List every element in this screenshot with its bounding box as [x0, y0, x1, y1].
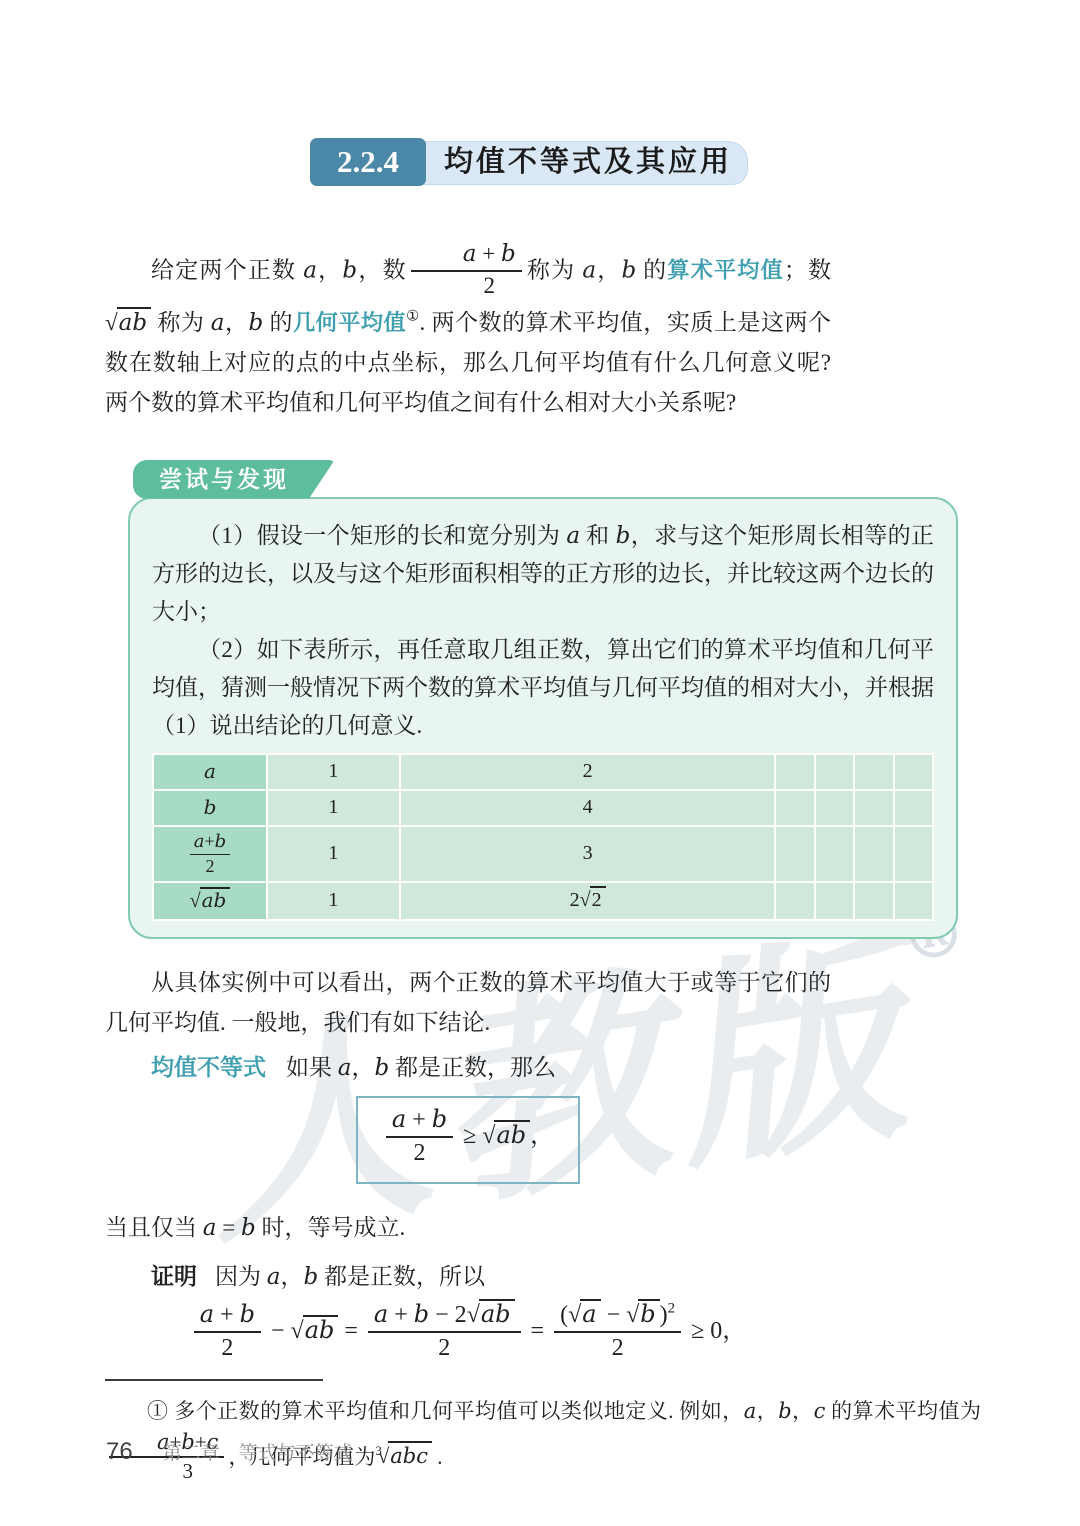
row-label: a+b2: [154, 827, 266, 881]
table-cell: [855, 883, 892, 919]
page-content: 2.2.4 均值不等式及其应用 给定两个正数 a，b，数a + b2称为 a，b…: [0, 0, 1080, 1486]
try-discover-item-1: （1）假设一个矩形的长和宽分别为 a 和 b，求与这个矩形周长相等的正方形的边长…: [152, 517, 934, 631]
table-cell: [895, 883, 932, 919]
values-table: a 1 2 b 1 4: [152, 753, 934, 921]
table-cell: 1: [268, 755, 399, 789]
row-label: a: [154, 755, 266, 789]
proof-line: 证明因为 a，b 都是正数，所以: [105, 1256, 831, 1297]
table-cell: [776, 791, 813, 825]
page-footer: 76 第二章 等式与不等式: [106, 1438, 353, 1466]
section-title: 均值不等式及其应用: [444, 142, 732, 182]
textbook-page: 人教版® 2.2.4 均值不等式及其应用 给定两个正数 a，b，数a + b2称…: [0, 0, 1080, 1526]
try-discover-section: 尝试与发现 （1）假设一个矩形的长和宽分别为 a 和 b，求与这个矩形周长相等的…: [128, 497, 958, 939]
table-cell: [816, 883, 853, 919]
table-cell: [816, 791, 853, 825]
proof-formula-row: a + b2 − √ab = a + b − 2√ab2 = (√a − √b)…: [105, 1301, 831, 1365]
table-cell: 2: [401, 755, 775, 789]
table-cell: [855, 755, 892, 789]
theorem-formula-row: a + b2 ≥ √ab，: [105, 1096, 831, 1184]
table-cell: [895, 827, 932, 881]
table-row-a: a 1 2: [154, 755, 932, 789]
table-cell: [855, 791, 892, 825]
proof-label: 证明: [151, 1263, 197, 1289]
try-discover-box: （1）假设一个矩形的长和宽分别为 a 和 b，求与这个矩形周长相等的正方形的边长…: [128, 497, 958, 939]
chapter-title: 第二章 等式与不等式: [163, 1438, 353, 1465]
table-cell: 1: [268, 791, 399, 825]
table-row-b: b 1 4: [154, 791, 932, 825]
table-cell: [816, 755, 853, 789]
table-row-geom-mean: √ab 1 2√2: [154, 883, 932, 919]
equality-condition: 当且仅当 a = b 时，等号成立.: [105, 1208, 831, 1248]
table-cell: 3: [401, 827, 775, 881]
proof-formula: a + b2 − √ab = a + b − 2√ab2 = (√a − √b)…: [190, 1318, 747, 1344]
theorem-statement: 如果 a，b 都是正数，那么: [286, 1055, 556, 1080]
footnote-divider: [105, 1379, 323, 1381]
conclusion-paragraph: 从具体实例中可以看出，两个正数的算术平均值大于或等于它们的几何平均值. 一般地，…: [105, 963, 831, 1043]
table-cell: [816, 827, 853, 881]
theorem-formula: a + b2 ≥ √ab，: [382, 1123, 554, 1149]
section-number: 2.2.4: [310, 138, 426, 186]
try-discover-item-2: （2）如下表所示，再任意取几组正数，算出它们的算术平均值和几何平均值，猜测一般情…: [152, 631, 934, 745]
table-cell: 1: [268, 883, 399, 919]
table-cell: [855, 827, 892, 881]
table-cell: [895, 755, 932, 789]
theorem-label: 均值不等式: [151, 1054, 266, 1080]
table-cell: 2√2: [401, 883, 775, 919]
row-label: √ab: [154, 883, 266, 919]
intro-paragraph: 给定两个正数 a，b，数a + b2称为 a，b 的算术平均值；数√ab 称为 …: [105, 242, 831, 423]
table-cell: 4: [401, 791, 775, 825]
theorem-line: 均值不等式如果 a，b 都是正数，那么: [105, 1047, 831, 1088]
section-header: 2.2.4 均值不等式及其应用: [310, 138, 1080, 186]
table-cell: [895, 791, 932, 825]
table-cell: 1: [268, 827, 399, 881]
row-label: b: [154, 791, 266, 825]
try-discover-tab: 尝试与发现: [133, 460, 335, 499]
proof-statement: 因为 a，b 都是正数，所以: [215, 1264, 485, 1289]
table-cell: [776, 883, 813, 919]
page-number: 76: [106, 1438, 133, 1466]
table-cell: [776, 755, 813, 789]
theorem-formula-box: a + b2 ≥ √ab，: [356, 1096, 580, 1184]
table-cell: [776, 827, 813, 881]
table-row-arith-mean: a+b2 1 3: [154, 827, 932, 881]
